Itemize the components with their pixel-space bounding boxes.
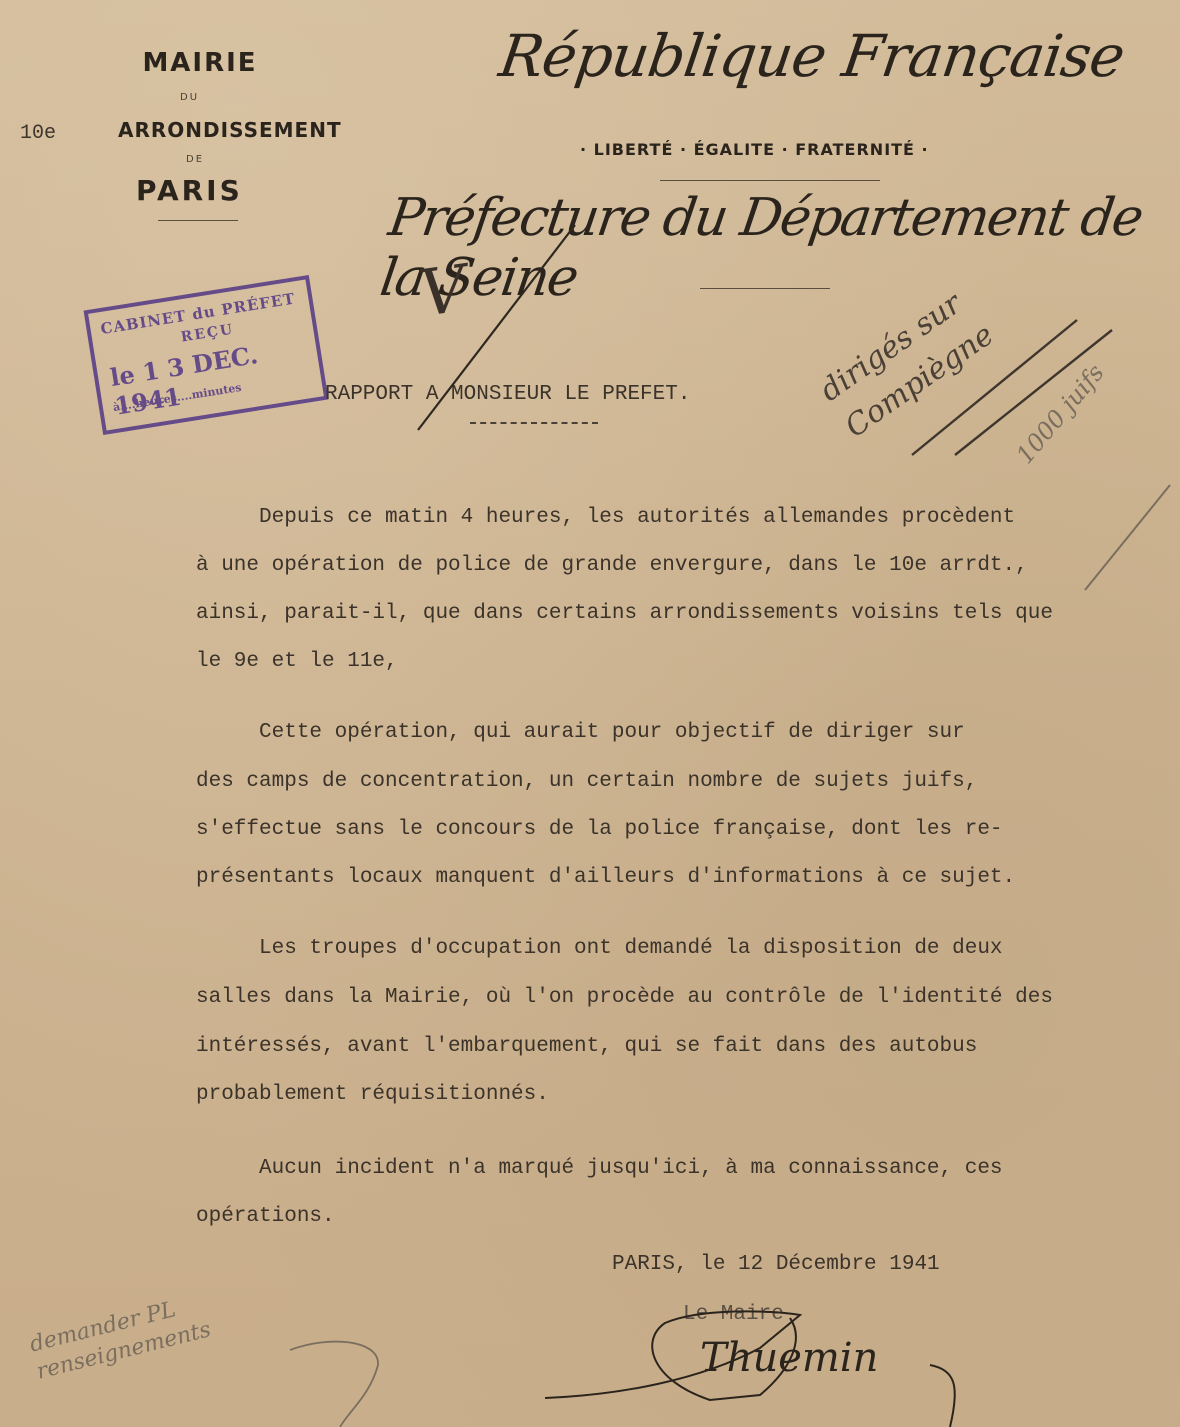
pen-strokes [0, 0, 1180, 1427]
diagonal-stroke [418, 225, 575, 430]
signature-stroke [545, 1311, 800, 1400]
pencil-stroke [1085, 485, 1170, 590]
pencil-stroke [290, 1342, 378, 1427]
diagonal-stroke [912, 320, 1077, 455]
signature-stroke [930, 1365, 955, 1427]
diagonal-stroke [955, 330, 1112, 455]
